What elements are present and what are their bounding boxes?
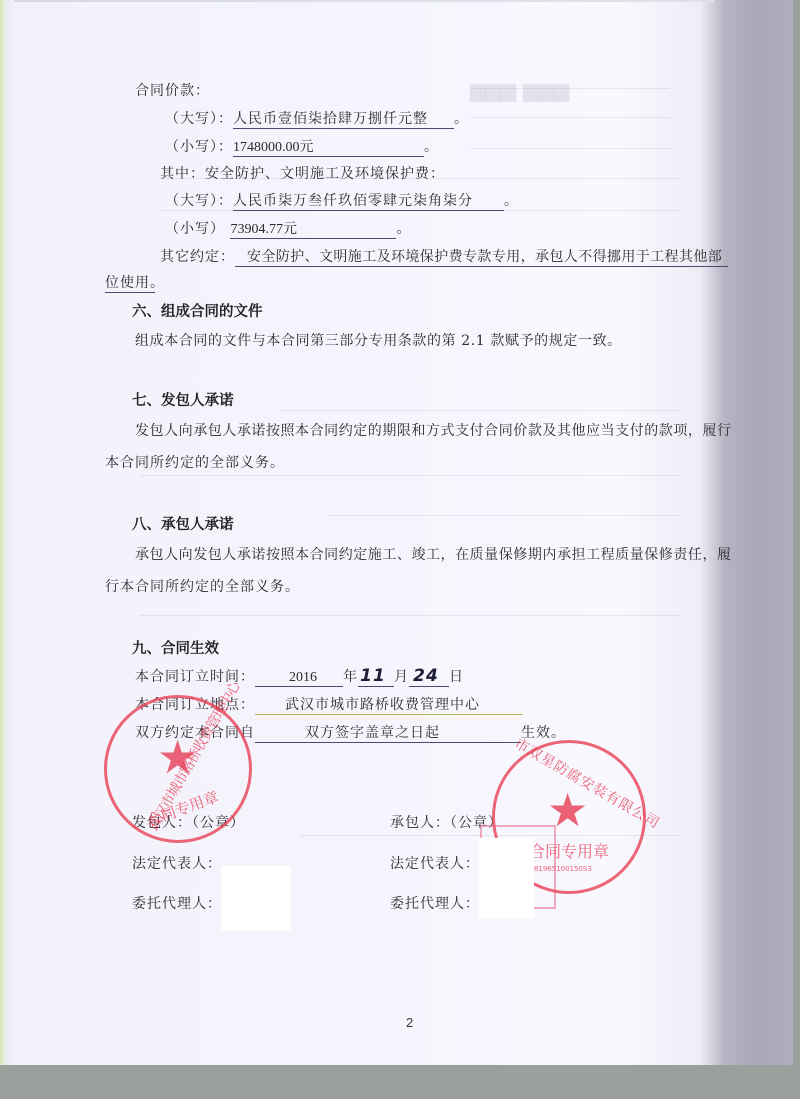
- day-unit: 日: [449, 669, 464, 685]
- bleed-through-line: [280, 410, 680, 411]
- sign-day: 24: [409, 666, 449, 687]
- page-edge: [14, 0, 714, 2]
- safety-upper-value: 人民币柒万叁仟玖佰零肆元柒角柒分: [233, 190, 504, 211]
- section-7-body-line1: 发包人向承包人承诺按照本合同约定的期限和方式支付合同价款及其他应当支付的款项，履…: [135, 420, 732, 440]
- other-terms-value: 安全防护、文明施工及环境保护费专款专用，承包人不得挪用于工程其他部: [235, 246, 728, 267]
- effective-value: 双方签字盖章之日起: [255, 722, 521, 743]
- price-upper-row: （大写）：人民币壹佰柒拾肆万捌仟元整。: [165, 108, 469, 129]
- sign-date-row: 本合同订立时间：2016年11月24日: [135, 666, 464, 687]
- bleed-through-text: ▆▆▆ ▆▆▆: [470, 78, 569, 102]
- section-7-heading: 七、发包人承诺: [132, 389, 234, 410]
- month-unit: 月: [394, 669, 409, 685]
- other-terms-continued: 位使用。: [105, 272, 155, 293]
- bleed-through-line: [140, 475, 680, 476]
- price-lower-value: 1748000.00元: [233, 136, 424, 157]
- sign-year: 2016: [255, 670, 343, 687]
- period: 。: [504, 193, 519, 209]
- agent-label-text: 委托代理人：: [390, 896, 480, 912]
- period: 。: [454, 111, 469, 127]
- price-lower-row: （小写）：1748000.00元。: [165, 136, 439, 157]
- redacted-signature: [221, 866, 291, 931]
- other-terms-label: 其它约定：: [160, 249, 235, 265]
- other-terms-row: 其它约定：安全防护、文明施工及环境保护费专款专用，承包人不得挪用于工程其他部: [160, 246, 728, 267]
- period: 。: [424, 139, 439, 155]
- employer-contract-seal: 武汉市城市路桥收费管理中心 ★ 合同专用章: [104, 695, 252, 843]
- price-upper-label: （大写）：: [165, 111, 233, 127]
- price-lower-label: （小写）：: [165, 139, 233, 155]
- section-8-heading: 八、承包人承诺: [132, 513, 234, 534]
- page-number: 2: [406, 1015, 413, 1030]
- bleed-through-line: [140, 615, 680, 616]
- section-7-body-line2: 本合同所约定的全部义务。: [105, 452, 285, 472]
- employer-agent-label: 委托代理人：: [132, 893, 222, 913]
- safety-lower-label: （小写）: [165, 221, 225, 237]
- contractor-legal-rep-label: 法定代表人：: [390, 853, 480, 873]
- contract-price-label: 合同价款：: [135, 80, 210, 100]
- year-unit: 年: [343, 669, 358, 685]
- bleed-through-line: [470, 148, 670, 149]
- employer-legal-rep-label: 法定代表人：: [132, 853, 222, 873]
- safety-fee-label: 其中：安全防护、文明施工及环境保护费：: [160, 163, 445, 183]
- safety-lower-value: 73904.77元: [230, 218, 396, 239]
- section-9-heading: 九、合同生效: [132, 637, 219, 658]
- sign-month: 11: [358, 666, 394, 687]
- bleed-through-line: [470, 88, 670, 89]
- section-8-body-line2: 行本合同所约定的全部义务。: [105, 576, 300, 596]
- safety-upper-label: （大写）：: [165, 193, 233, 209]
- section-8-body-line1: 承包人向发包人承诺按照本合同约定施工、竣工，在质量保修期内承担工程质量保修责任，…: [135, 544, 732, 564]
- star-icon: ★: [157, 734, 198, 780]
- section-6-body: 组成本合同的文件与本合同第三部分专用条款的第 2.1 款赋予的规定一致。: [135, 330, 622, 350]
- redacted-signature: [478, 838, 534, 918]
- bleed-through-line: [330, 515, 680, 516]
- sign-place-value: 武汉市城市路桥收费管理中心: [255, 694, 523, 715]
- safety-upper-row: （大写）：人民币柒万叁仟玖佰零肆元柒角柒分。: [165, 190, 519, 211]
- period: 。: [396, 221, 411, 237]
- other-terms-value-line2: 位使用。: [105, 272, 155, 293]
- section-6-heading: 六、组成合同的文件: [132, 300, 263, 321]
- bleed-through-line: [470, 117, 670, 118]
- safety-lower-row: （小写） 73904.77元。: [165, 218, 411, 239]
- document-page: ▆▆▆ ▆▆▆ 合同价款： （大写）：人民币壹佰柒拾肆万捌仟元整。 （小写）：1…: [0, 0, 793, 1065]
- price-upper-value: 人民币壹佰柒拾肆万捌仟元整: [233, 108, 454, 129]
